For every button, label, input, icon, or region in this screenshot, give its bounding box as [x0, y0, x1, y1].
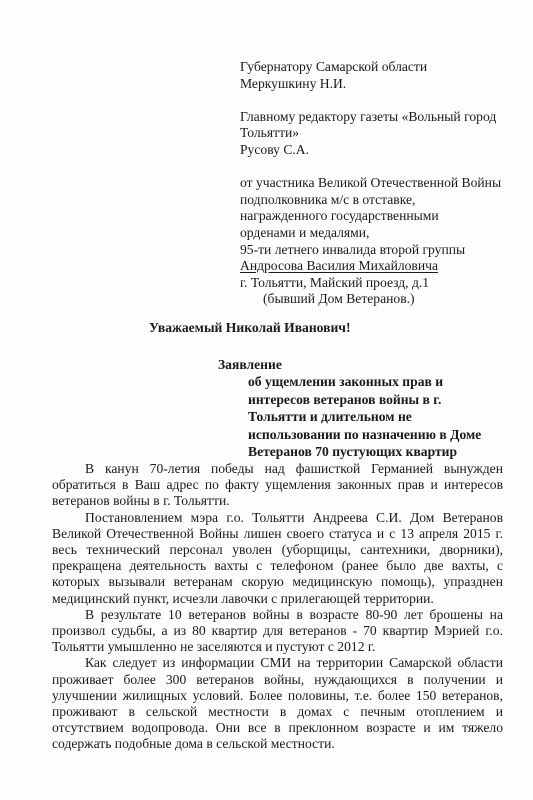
letter-body: В канун 70-летия победы над фашисткой Ге… [52, 461, 503, 753]
sender-address: г. Тольятти, Майский проезд, д.1 [240, 275, 520, 292]
greeting: Уважаемый Николай Иванович! [149, 320, 351, 336]
statement-title: Заявление [218, 356, 282, 373]
sender-name: Андросова Василия Михайловича [240, 258, 520, 275]
statement-subtitle-line: использовании по назначению в Доме [248, 426, 518, 444]
statement-subtitle-line: интересов ветеранов войны в г. [248, 391, 518, 409]
body-paragraph: Как следует из информации СМИ на террито… [52, 655, 503, 752]
body-paragraph: Постановлением мэра г.о. Тольятти Андрее… [52, 510, 503, 607]
spacer [240, 92, 520, 109]
document-page: Губернатору Самарской области Меркушкину… [0, 0, 533, 800]
body-paragraph: В канун 70-летия победы над фашисткой Ге… [52, 461, 503, 510]
statement-subtitle-line: Тольятти и длительном не [248, 408, 518, 426]
addressee-editor-title-cont: Тольятти» [240, 125, 520, 142]
statement-subtitle-line: об ущемлении законных прав и [248, 373, 518, 391]
sender-line-4: орденами и медалями, [240, 225, 520, 242]
spacer [240, 159, 520, 176]
statement-subtitle-line: Ветеранов 70 пустующих квартир [248, 443, 518, 461]
addressee-block: Губернатору Самарской области Меркушкину… [240, 59, 520, 308]
sender-line-5: 95-ти летнего инвалида второй группы [240, 242, 520, 259]
sender-line-3: награжденного государственными [240, 208, 520, 225]
sender-line-2: подполковника м/с в отставке, [240, 192, 520, 209]
addressee-governor-name: Меркушкину Н.И. [240, 76, 520, 93]
sender-line-1: от участника Великой Отечественной Войны [240, 175, 520, 192]
addressee-governor-title: Губернатору Самарской области [240, 59, 520, 76]
addressee-editor-title: Главному редактору газеты «Вольный город [240, 109, 520, 126]
addressee-editor-name: Русову С.А. [240, 142, 520, 159]
sender-address-note: (бывший Дом Ветеранов.) [240, 291, 520, 308]
statement-subtitle: об ущемлении законных прав и интересов в… [248, 373, 518, 461]
body-paragraph: В результате 10 ветеранов войны в возрас… [52, 607, 503, 656]
